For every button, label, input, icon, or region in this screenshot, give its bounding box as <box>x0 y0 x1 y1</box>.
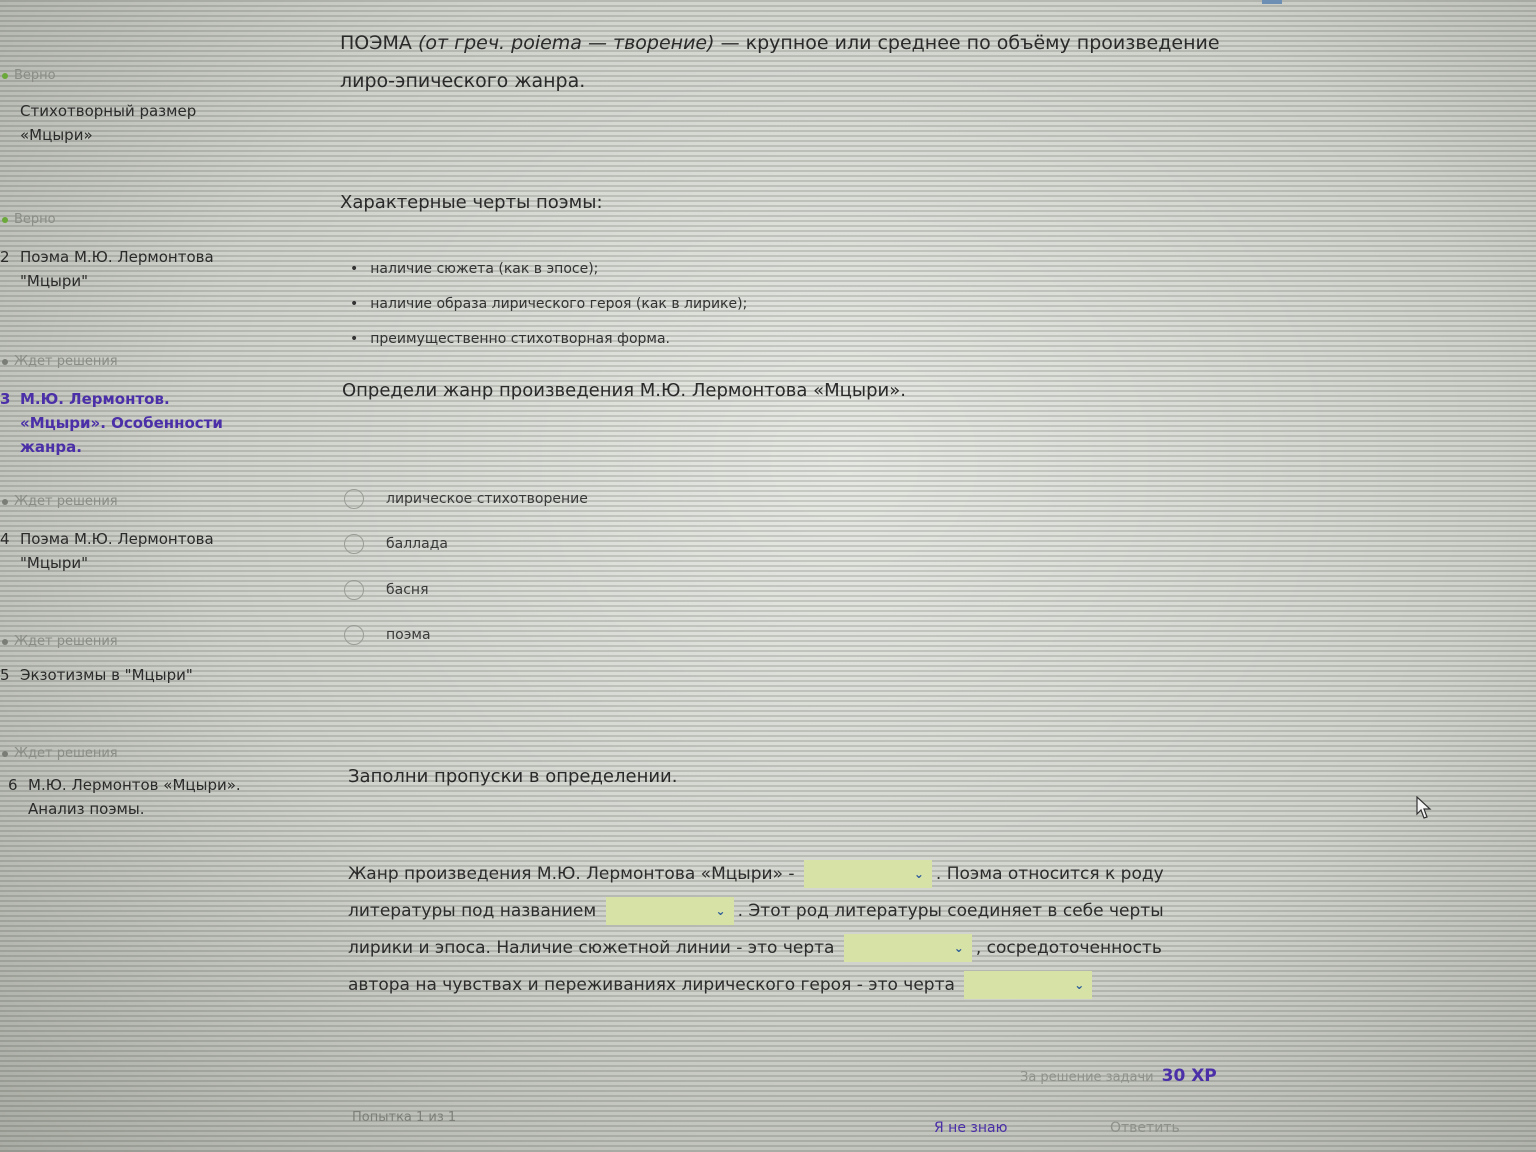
task-title[interactable]: М.Ю. Лермонтов «Мцыри». Анализ поэмы. <box>28 773 248 821</box>
task-title[interactable]: М.Ю. Лермонтов. «Мцыри». Особенности жан… <box>20 387 250 459</box>
option-ballad[interactable]: баллада <box>344 522 588 568</box>
mouse-cursor-icon <box>1416 796 1434 820</box>
task-status: Ждет решения <box>0 494 290 509</box>
sidebar-task-3[interactable]: Ждет решения 3М.Ю. Лермонтов. «Мцыри». О… <box>0 354 290 459</box>
task-status: Верно <box>0 212 290 227</box>
option-fable[interactable]: басня <box>344 567 588 613</box>
chevron-down-icon: ⌄ <box>954 930 964 967</box>
status-dot-icon <box>2 217 8 223</box>
feature-item: наличие образа лирического героя (как в … <box>350 293 747 328</box>
chevron-down-icon: ⌄ <box>914 856 924 893</box>
option-lyric-poem[interactable]: лирическое стихотворение <box>344 476 588 522</box>
sidebar-task-4[interactable]: Ждет решения 4Поэма М.Ю. Лермонтова "Мцы… <box>0 494 290 575</box>
xp-value: 30 XP <box>1162 1066 1217 1086</box>
dropdown-literary-kind[interactable]: ⌄ <box>606 897 734 925</box>
task-title[interactable]: Поэма М.Ю. Лермонтова "Мцыри" <box>20 245 230 293</box>
status-dot-icon <box>2 751 8 757</box>
chevron-down-icon: ⌄ <box>1074 967 1084 1004</box>
task-sidebar: Верно Стихотворный размер «Мцыри» Верно … <box>0 0 300 1152</box>
dropdown-plot-trait[interactable]: ⌄ <box>844 934 972 962</box>
features-list: наличие сюжета (как в эпосе); наличие об… <box>350 258 747 363</box>
poem-definition: ПОЭМА (от греч. poiema — творение) — кру… <box>340 24 1240 100</box>
radio-button[interactable] <box>344 625 364 645</box>
dropdown-lyric-trait[interactable]: ⌄ <box>964 971 1092 999</box>
chevron-down-icon: ⌄ <box>716 893 726 930</box>
attempts-counter: Попытка 1 из 1 <box>352 1110 456 1125</box>
feature-item: преимущественно стихотворная форма. <box>350 328 747 363</box>
dropdown-genre[interactable]: ⌄ <box>804 860 932 888</box>
sidebar-task-6[interactable]: Ждет решения 6М.Ю. Лермонтов «Мцыри». Ан… <box>0 746 290 821</box>
dont-know-button[interactable]: Я не знаю <box>934 1120 1007 1136</box>
option-poem[interactable]: поэма <box>344 613 588 659</box>
sidebar-task-2[interactable]: Верно 2Поэма М.Ю. Лермонтова "Мцыри" <box>0 212 290 293</box>
genre-question: Определи жанр произведения М.Ю. Лермонто… <box>342 380 906 401</box>
fill-question: Заполни пропуски в определении. <box>348 766 677 787</box>
task-title[interactable]: Поэма М.Ю. Лермонтова "Мцыри" <box>20 527 230 575</box>
task-title[interactable]: Стихотворный размер «Мцыри» <box>20 99 210 147</box>
radio-button[interactable] <box>344 580 364 600</box>
radio-button[interactable] <box>344 534 364 554</box>
task-status: Ждет решения <box>0 746 290 761</box>
genre-options: лирическое стихотворение баллада басня п… <box>344 476 588 658</box>
status-dot-icon <box>2 639 8 645</box>
task-status: Верно <box>0 68 290 83</box>
status-dot-icon <box>2 359 8 365</box>
answer-button[interactable]: Ответить <box>1110 1120 1180 1136</box>
status-dot-icon <box>2 73 8 79</box>
feature-item: наличие сюжета (как в эпосе); <box>350 258 747 293</box>
sidebar-task-1[interactable]: Верно Стихотворный размер «Мцыри» <box>0 68 290 147</box>
radio-button[interactable] <box>344 489 364 509</box>
top-indicator <box>1262 0 1282 4</box>
fill-in-text: Жанр произведения М.Ю. Лермонтова «Мцыри… <box>348 856 1228 1004</box>
status-dot-icon <box>2 499 8 505</box>
task-status: Ждет решения <box>0 634 290 649</box>
task-status: Ждет решения <box>0 354 290 369</box>
reward-info: За решение задачи30 XP <box>1020 1066 1217 1086</box>
sidebar-task-5[interactable]: Ждет решения 5Экзотизмы в "Мцыри" <box>0 634 290 687</box>
features-heading: Характерные черты поэмы: <box>340 192 603 213</box>
task-title[interactable]: Экзотизмы в "Мцыри" <box>20 663 193 687</box>
